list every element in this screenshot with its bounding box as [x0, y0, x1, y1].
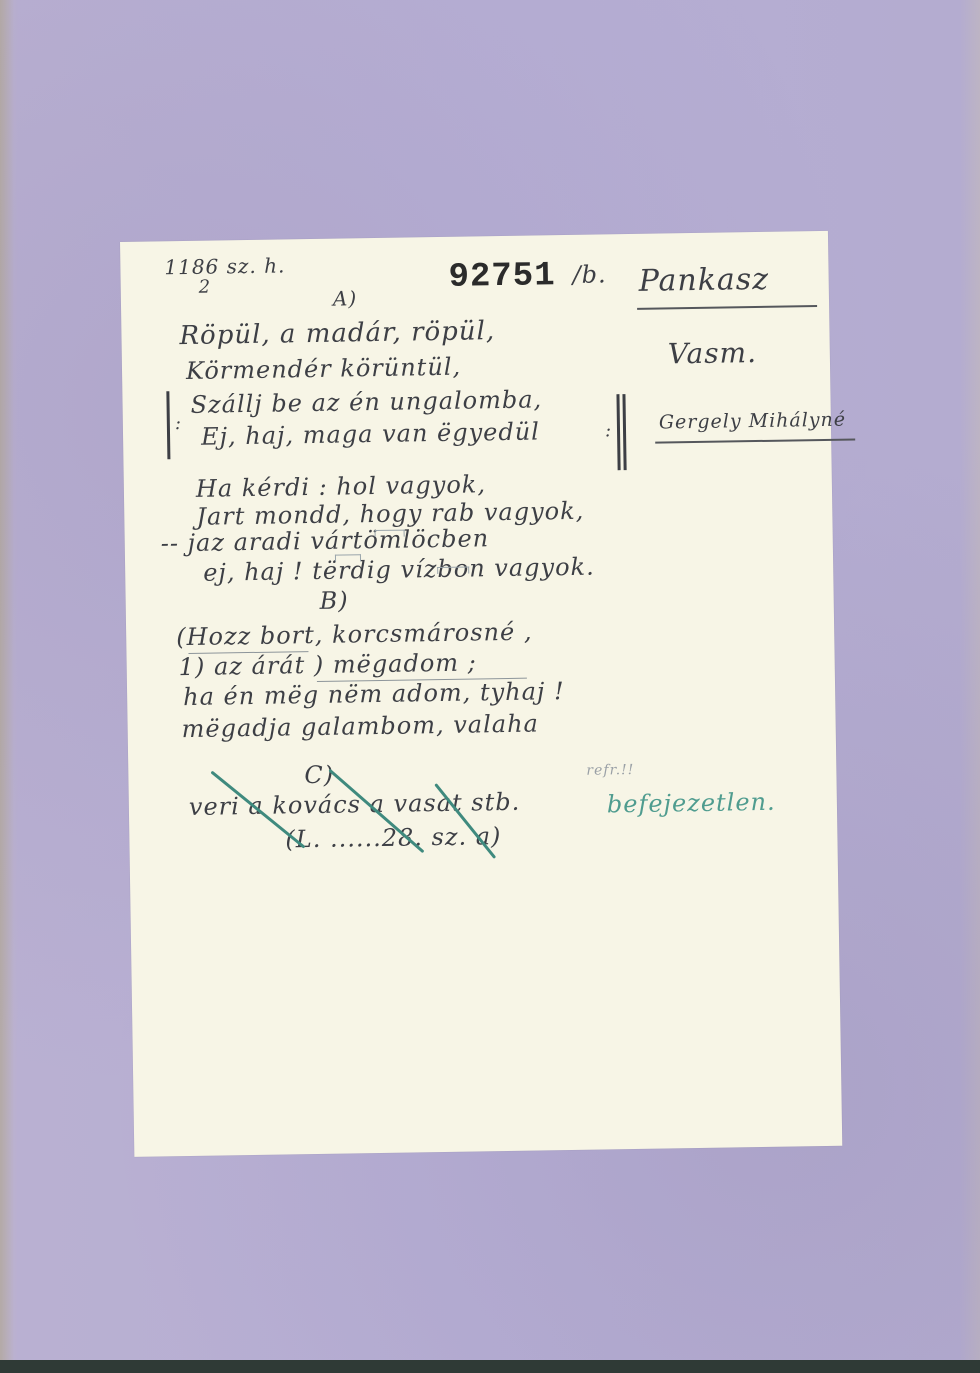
reference-number: 1186 sz. h.: [164, 253, 285, 279]
section-label-c: C): [304, 761, 334, 789]
section-label-a: A): [333, 286, 358, 310]
verse-line: Röpül, a madár, röpül,: [179, 316, 495, 351]
unfinished-note: befejezetlen.: [607, 788, 776, 819]
singer-underline: [655, 438, 855, 443]
verse-line: ej, haj ! tërdig vízbon vagyok.: [203, 553, 595, 587]
place-name: Pankasz: [638, 262, 769, 299]
verse-line: -- jaz aradi vártömlöcben: [161, 524, 490, 557]
repeat-end-bar: [616, 394, 620, 470]
mount-edge-shadow: [0, 0, 14, 1360]
repeat-end-bar-2: [622, 394, 626, 470]
reference-mark: 2: [199, 277, 212, 298]
verse-line: Szállj be az én ungalomba,: [190, 385, 542, 419]
verse-line: Körmendér körüntül,: [186, 353, 461, 385]
verse-line: mëgadja galambom, valaha: [181, 709, 539, 743]
archive-stamp-number: 92751: [448, 257, 556, 297]
verse-line: 1) az árát ) mëgadom ;: [178, 648, 477, 681]
repeat-start-bar: [166, 391, 170, 459]
verse-line: ha én mëg nëm adom, tyhaj !: [183, 677, 565, 711]
repeat-start-colon: :: [175, 413, 182, 434]
refrain-pencil-note: refr.!!: [586, 762, 634, 779]
place-underline: [637, 305, 817, 310]
editorial-bracket: [335, 554, 361, 561]
county-name: Vasm.: [668, 336, 758, 370]
manuscript-paper: 1186 sz. h. 2 92751 /b. Pankasz Vasm. Ge…: [120, 231, 842, 1157]
editorial-bracket: [375, 530, 405, 537]
section-label-b: B): [319, 586, 348, 614]
verse-line: (Hozz bort, korcsmárosné ,: [176, 618, 533, 652]
scan-bottom-strip: [0, 1360, 980, 1373]
verse-line: Ej, haj, maga van ëgyedül: [201, 417, 540, 450]
stamp-suffix: /b.: [572, 260, 607, 289]
editorial-bracket: [437, 567, 469, 575]
singer-name: Gergely Mihályné: [659, 409, 846, 434]
repeat-end-colon: :: [605, 420, 612, 441]
